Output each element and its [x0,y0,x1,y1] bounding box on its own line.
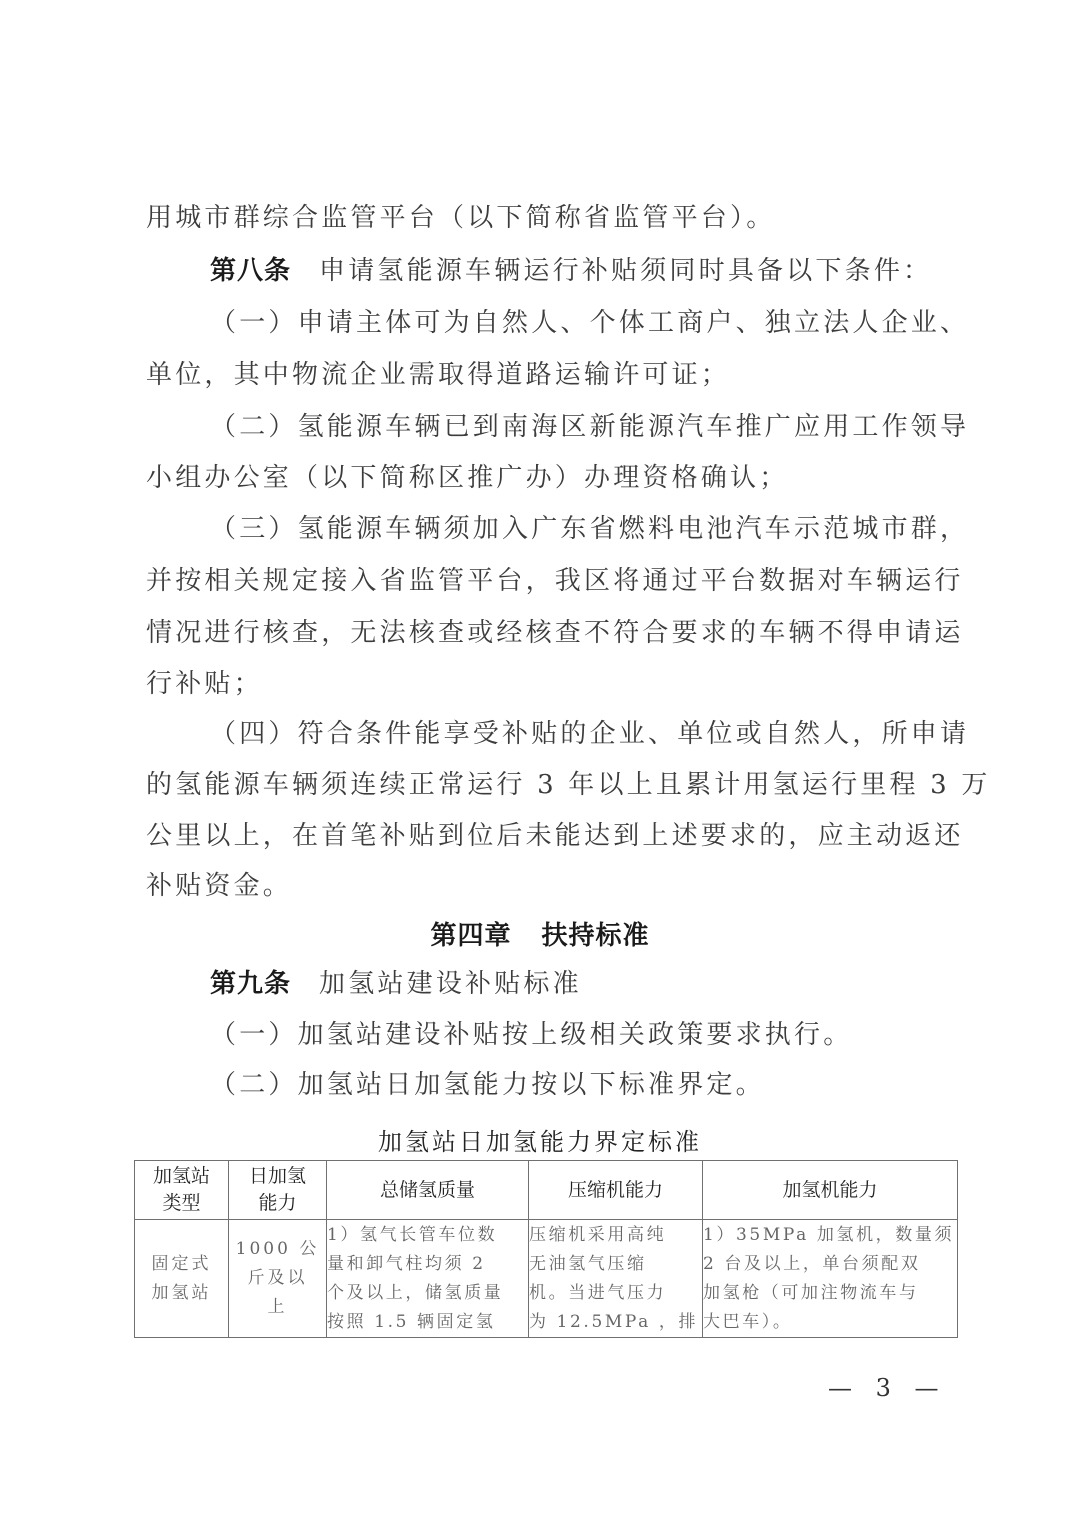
cell-daily-capacity: 1000 公 斤及以 上 [229,1220,327,1338]
header-total-storage: 总储氢质量 [327,1161,529,1220]
chapter-number: 第四章 [430,921,511,951]
cell-total-storage: 1）氢气长管车位数 量和卸气柱均须 2 个及以上，储氢质量 按照 1.5 辆固定… [327,1220,529,1338]
cell-compressor-capacity: 压缩机采用高纯 无油氢气压缩 机。当进气压力 为 12.5MPa ，排 [529,1220,703,1338]
article-9: 第九条加氢站建设补贴标准 [210,968,582,1000]
article-8-heading: 第八条 [210,256,291,286]
article-9-item-2: （二）加氢站日加氢能力按以下标准界定。 [210,1069,765,1101]
header-compressor-capacity: 压缩机能力 [529,1161,703,1220]
article-8-item-4-line-2: 的氢能源车辆须连续正常运行 3 年以上且累计用氢运行里程 3 万 [146,769,991,801]
header-station-type: 加氢站类型 [135,1161,229,1220]
table-row: 固定式 加氢站 1000 公 斤及以 上 1）氢气长管车位数 量和卸气柱均须 2… [135,1220,958,1338]
article-8-item-2-line-1: （二）氢能源车辆已到南海区新能源汽车推广应用工作领导 [210,411,969,443]
article-8-item-3-line-4: 行补贴； [146,668,263,700]
table-header-row: 加氢站类型 日加氢能力 总储氢质量 压缩机能力 加氢机能力 [135,1161,958,1220]
article-8-text: 申请氢能源车辆运行补贴须同时具备以下条件： [319,256,932,286]
article-8-item-2-line-2: 小组办公室（以下简称区推广办）办理资格确认； [146,462,788,494]
page-number: — 3 — [828,1374,947,1402]
article-8-item-3-line-2: 并按相关规定接入省监管平台，我区将通过平台数据对车辆运行 [146,565,964,597]
article-9-heading: 第九条 [210,969,291,999]
hydrogen-station-capacity-table: 加氢站类型 日加氢能力 总储氢质量 压缩机能力 加氢机能力 固定式 加氢站 10… [134,1160,958,1338]
article-8-item-1-line-1: （一）申请主体可为自然人、个体工商户、独立法人企业、 [210,307,969,339]
header-dispenser-capacity: 加氢机能力 [703,1161,958,1220]
chapter-title: 扶持标准 [542,921,650,951]
cell-station-type: 固定式 加氢站 [135,1220,229,1338]
table-caption: 加氢站日加氢能力界定标准 [0,1122,1080,1157]
cell-dispenser-capacity: 1）35MPa 加氢机，数量须 2 台及以上，单台须配双 加氢枪（可加注物流车与… [703,1220,958,1338]
article-9-item-1: （一）加氢站建设补贴按上级相关政策要求执行。 [210,1019,852,1051]
header-daily-capacity: 日加氢能力 [229,1161,327,1220]
article-8: 第八条申请氢能源车辆运行补贴须同时具备以下条件： [210,255,932,287]
article-8-item-4-line-3: 公里以上，在首笔补贴到位后未能达到上述要求的，应主动返还 [146,820,964,852]
article-8-item-3-line-3: 情况进行核查，无法核查或经核查不符合要求的车辆不得申请运 [146,617,964,649]
article-9-text: 加氢站建设补贴标准 [319,969,582,999]
article-8-item-3-line-1: （三）氢能源车辆须加入广东省燃料电池汽车示范城市群， [210,513,969,545]
article-8-item-1-line-2: 单位，其中物流企业需取得道路运输许可证； [146,359,730,391]
article-8-item-4-line-1: （四）符合条件能享受补贴的企业、单位或自然人，所申请 [210,718,969,750]
continuation-line: 用城市群综合监管平台（以下简称省监管平台）。 [146,202,775,234]
article-8-item-4-line-4: 补贴资金。 [146,870,292,902]
chapter-heading: 第四章扶持标准 [0,915,1080,952]
